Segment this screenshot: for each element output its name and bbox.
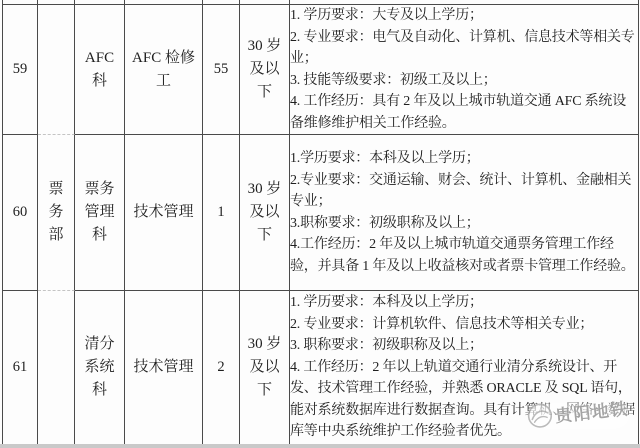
- cell-position: 技术管理: [125, 135, 203, 291]
- requirement-item: 1. 学历要求：本科及以上学历；: [290, 292, 638, 314]
- requirement-item: 1.学历要求：本科及以上学历；: [290, 148, 638, 170]
- requirement-item: 4. 工作经历：2 年以上轨道交通行业清分系统设计、开发、技术管理工作经验，并熟…: [290, 357, 638, 443]
- cell-requirements: 1. 学历要求：本科及以上学历；2. 专业要求：计算机软件、信息技术等相关专业；…: [290, 291, 639, 445]
- table-row: 61 清分 系统 科 技术管理 2 30 岁 及以 下 1. 学历要求：本科及以…: [3, 291, 639, 445]
- table-row: 59 AFC 科 AFC 检修 工 55 30 岁 及以 下 1. 学历要求：大…: [3, 5, 639, 135]
- requirement-item: 3. 职称要求：初级职称及以上；: [290, 335, 638, 357]
- cell-requirements: 1.学历要求：本科及以上学历；2.专业要求：交通运输、财会、统计、计算机、金融相…: [290, 135, 639, 291]
- requirement-item: 2.专业要求：交通运输、财会、统计、计算机、金融相关专业；: [290, 170, 638, 213]
- table-row: 60 票 务 部 票务 管理 科 技术管理 1 30 岁 及以 下 1.学历要求…: [3, 135, 639, 291]
- cell-headcount: 1: [203, 135, 240, 291]
- requirement-item: 3.职称要求：初级职称及以上；: [290, 213, 638, 235]
- recruitment-table: 59 AFC 科 AFC 检修 工 55 30 岁 及以 下 1. 学历要求：大…: [2, 0, 639, 445]
- cell-headcount: 2: [203, 291, 240, 445]
- cell-section: 清分 系统 科: [75, 291, 125, 445]
- requirement-item: 1. 学历要求：大专及以上学历；: [290, 5, 638, 27]
- cell-section: AFC 科: [75, 5, 125, 135]
- requirement-item: 3. 技能等级要求：初级工及以上；: [290, 70, 638, 92]
- cell-position: AFC 检修 工: [125, 5, 203, 135]
- cell-row-number: 59: [3, 5, 38, 135]
- requirement-item: 2. 专业要求：电气及自动化、计算机、信息技术等相关专业；: [290, 27, 638, 70]
- cell-headcount: 55: [203, 5, 240, 135]
- requirement-item: 4.工作经历：2 年及以上城市轨道交通票务管理工作经验，并具备 1 年及以上收益…: [290, 234, 638, 277]
- requirement-item: 4. 工作经历：具有 2 年及以上城市轨道交通 AFC 系统设备维修维护相关工作…: [290, 91, 638, 134]
- cell-row-number: 61: [3, 291, 38, 445]
- cell-row-number: 60: [3, 135, 38, 291]
- cell-age-limit: 30 岁 及以 下: [240, 291, 290, 445]
- cell-section: 票务 管理 科: [75, 135, 125, 291]
- cell-requirements: 1. 学历要求：大专及以上学历；2. 专业要求：电气及自动化、计算机、信息技术等…: [290, 5, 639, 135]
- cell-age-limit: 30 岁 及以 下: [240, 135, 290, 291]
- document-page: 59 AFC 科 AFC 检修 工 55 30 岁 及以 下 1. 学历要求：大…: [0, 0, 640, 448]
- cell-department: 票 务 部: [38, 135, 75, 291]
- cell-position: 技术管理: [125, 291, 203, 445]
- bottom-gray-strip: [0, 444, 640, 448]
- cell-age-limit: 30 岁 及以 下: [240, 5, 290, 135]
- requirement-item: 2. 专业要求：计算机软件、信息技术等相关专业；: [290, 314, 638, 336]
- cell-department: [38, 291, 75, 445]
- cell-department: [38, 5, 75, 135]
